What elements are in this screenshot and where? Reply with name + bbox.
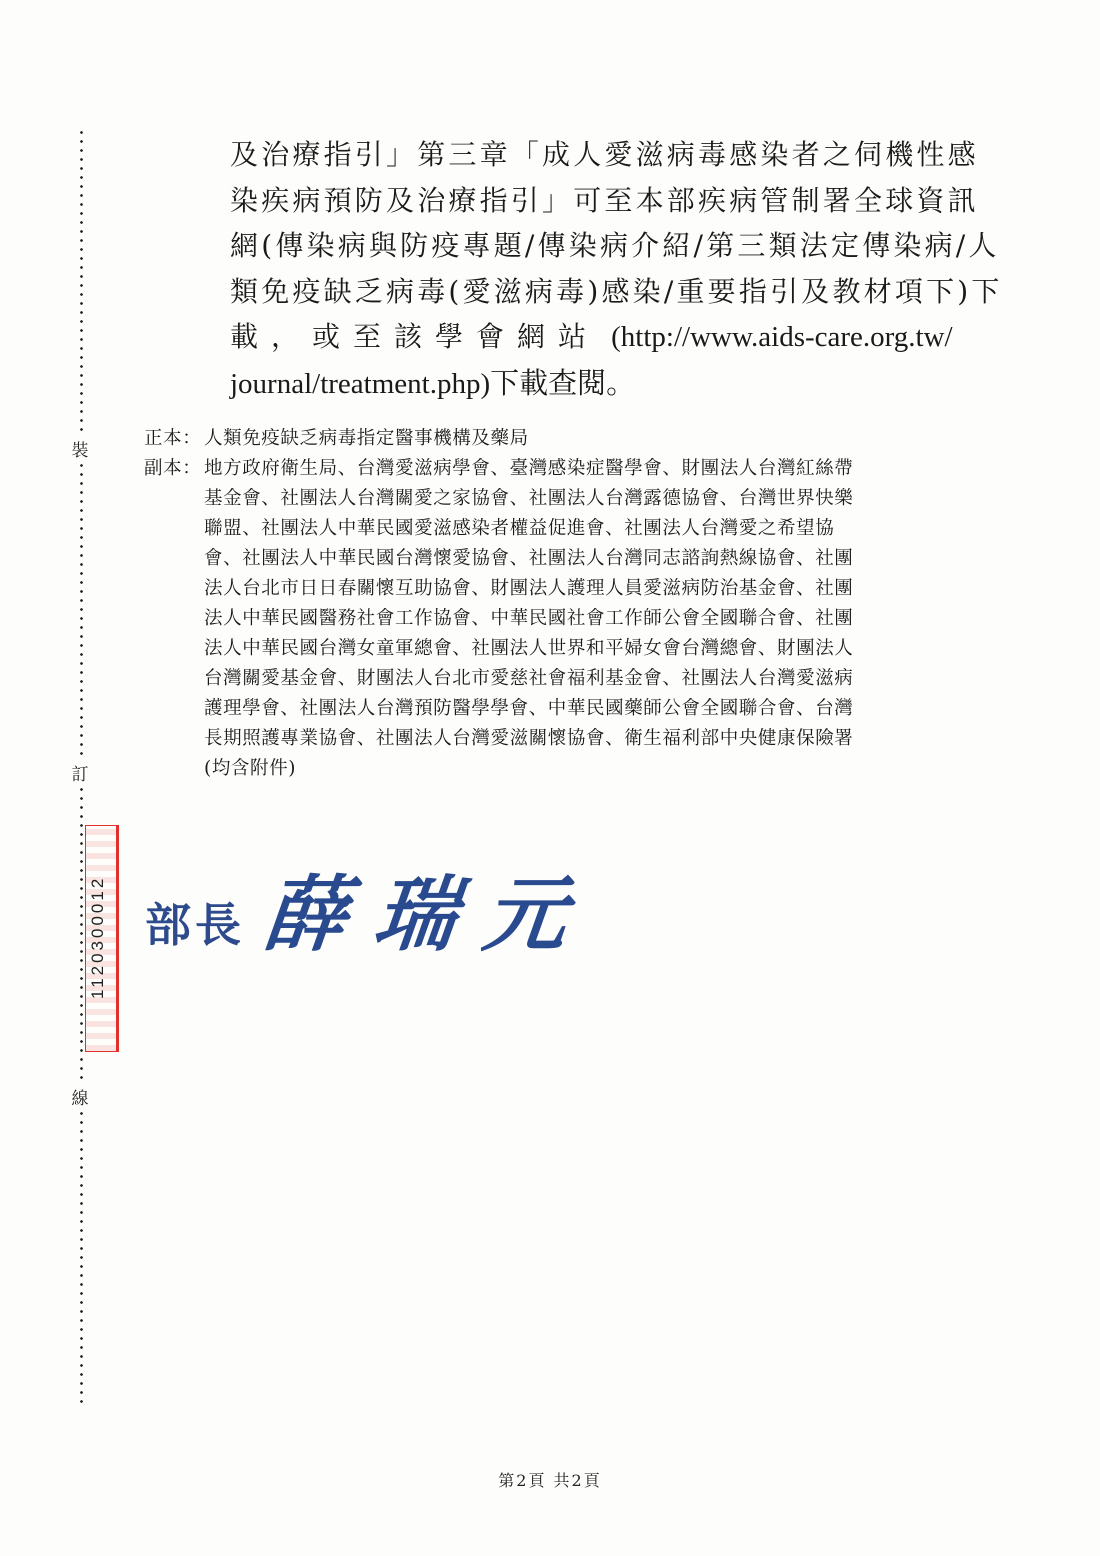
official-seal-stamp: 1120300012 — [85, 825, 119, 1052]
binding-label-ding: 訂 — [68, 760, 92, 785]
primary-recipient-row: 正本： 人類免疫缺乏病毒指定醫事機構及藥局 — [144, 424, 954, 454]
copy-recipient-line: (均含附件) — [204, 754, 853, 784]
copy-recipient-line: 台灣關愛基金會、財團法人台北市愛慈社會福利基金會、社團法人台灣愛滋病 — [204, 664, 853, 694]
body-line: 染疾病預防及治療指引」可至本部疾病管制署全球資訊 — [230, 178, 965, 224]
copy-recipient-row: 副本： 地方政府衛生局、台灣愛滋病學會、臺灣感染症醫學會、財團法人台灣紅絲帶 基… — [144, 454, 954, 784]
recipients-block: 正本： 人類免疫缺乏病毒指定醫事機構及藥局 副本： 地方政府衛生局、台灣愛滋病學… — [144, 424, 954, 784]
body-line: 類免疫缺乏病毒(愛滋病毒)感染/重要指引及教材項下)下 — [230, 269, 965, 315]
body-line: 載，或至該學會網站 (http://www.aids-care.org.tw/ — [230, 314, 965, 361]
binding-label-xian: 線 — [68, 1084, 92, 1109]
copy-recipient-line: 聯盟、社團法人中華民國愛滋感染者權益促進會、社團法人台灣愛之希望協 — [204, 514, 853, 544]
primary-recipient-label: 正本： — [144, 424, 204, 454]
copy-recipient-line: 會、社團法人中華民國台灣懷愛協會、社團法人台灣同志諮詢熱線協會、社團 — [204, 544, 853, 574]
body-line: journal/treatment.php)下載查閱。 — [230, 361, 965, 408]
copy-recipient-list: 地方政府衛生局、台灣愛滋病學會、臺灣感染症醫學會、財團法人台灣紅絲帶 基金會、社… — [204, 454, 853, 784]
copy-recipient-line: 地方政府衛生局、台灣愛滋病學會、臺灣感染症醫學會、財團法人台灣紅絲帶 — [204, 454, 853, 484]
copy-recipient-line: 基金會、社團法人台灣關愛之家協會、社團法人台灣露德協會、台灣世界快樂 — [204, 484, 853, 514]
copy-recipient-line: 法人台北市日日春關懷互助協會、財團法人護理人員愛滋病防治基金會、社團 — [204, 574, 853, 604]
signatory-title: 部長 — [145, 889, 245, 955]
copy-recipient-line: 長期照護專業協會、社團法人台灣愛滋關懷協會、衛生福利部中央健康保險署 — [204, 724, 853, 754]
signature-block: 部長 薛瑞元 — [145, 850, 595, 967]
url-text-continued: journal/treatment.php)下載查閱。 — [230, 368, 635, 400]
body-line: 及治療指引」第三章「成人愛滋病毒感染者之伺機性感 — [230, 132, 965, 178]
signatory-signature: 薛瑞元 — [259, 850, 601, 967]
copy-recipient-line: 法人中華民國醫務社會工作協會、中華民國社會工作師公會全國聯合會、社團 — [204, 604, 853, 634]
page-number: 第2頁 共2頁 — [0, 1468, 1100, 1491]
body-line-text: 載，或至該學會網站 — [230, 320, 599, 353]
body-line: 網(傳染病與防疫專題/傳染病介紹/第三類法定傳染病/人 — [230, 223, 965, 269]
copy-recipient-line: 法人中華民國台灣女童軍總會、社團法人世界和平婦女會台灣總會、財團法人 — [204, 634, 853, 664]
copy-recipient-line: 護理學會、社團法人台灣預防醫學學會、中華民國藥師公會全國聯合會、台灣 — [204, 694, 853, 724]
body-paragraph: 及治療指引」第三章「成人愛滋病毒感染者之伺機性感 染疾病預防及治療指引」可至本部… — [230, 132, 965, 407]
binding-label-zhuang: 裝 — [68, 436, 92, 461]
primary-recipient: 人類免疫缺乏病毒指定醫事機構及藥局 — [204, 424, 529, 454]
document-serial-number: 1120300012 — [88, 830, 114, 1045]
copy-recipient-label: 副本： — [144, 454, 204, 784]
url-text: (http://www.aids-care.org.tw/ — [611, 321, 952, 353]
